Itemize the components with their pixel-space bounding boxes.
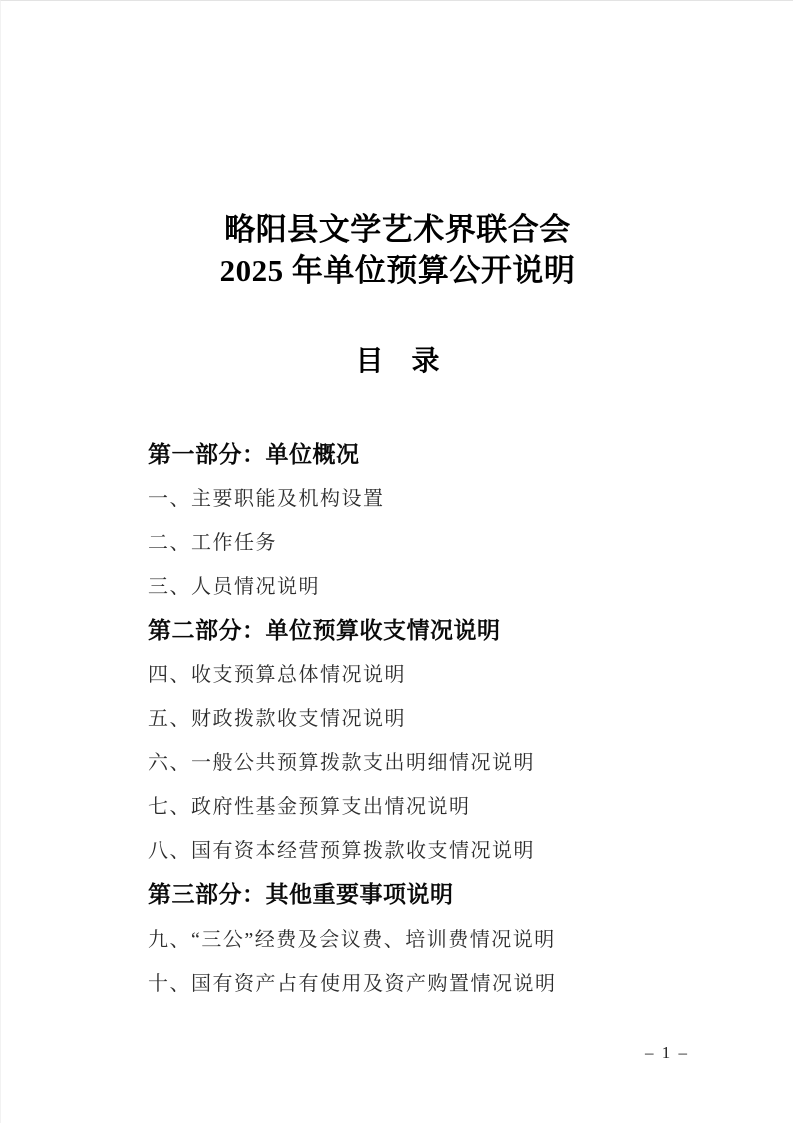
toc-section-part1: 第一部分：单位概况	[148, 430, 754, 474]
toc-item-6: 六、一般公共预算拨款支出明细情况说明	[148, 739, 754, 783]
toc-section-part2: 第二部分：单位预算收支情况说明	[148, 606, 754, 650]
document-title-line1: 略阳县文学艺术界联合会	[1, 209, 793, 250]
page-number: – 1 –	[645, 1043, 689, 1063]
toc-item-10: 十、国有资产占有使用及资产购置情况说明	[148, 959, 754, 1003]
table-of-contents: 第一部分：单位概况 一、主要职能及机构设置 二、工作任务 三、人员情况说明 第二…	[148, 430, 754, 1003]
toc-item-3: 三、人员情况说明	[148, 562, 754, 606]
toc-item-4: 四、收支预算总体情况说明	[148, 650, 754, 694]
toc-item-2: 二、工作任务	[148, 518, 754, 562]
toc-section-part3: 第三部分：其他重要事项说明	[148, 871, 754, 915]
toc-heading: 目 录	[1, 341, 793, 381]
toc-item-5: 五、财政拨款收支情况说明	[148, 695, 754, 739]
toc-item-1: 一、主要职能及机构设置	[148, 474, 754, 518]
toc-item-8: 八、国有资本经营预算拨款收支情况说明	[148, 827, 754, 871]
toc-item-7: 七、政府性基金预算支出情况说明	[148, 783, 754, 827]
document-title: 略阳县文学艺术界联合会 2025 年单位预算公开说明	[1, 209, 793, 291]
document-page: 略阳县文学艺术界联合会 2025 年单位预算公开说明 目 录 第一部分：单位概况…	[0, 0, 793, 1123]
toc-item-9: 九、“三公”经费及会议费、培训费情况说明	[148, 915, 754, 959]
document-title-line2: 2025 年单位预算公开说明	[1, 250, 793, 291]
